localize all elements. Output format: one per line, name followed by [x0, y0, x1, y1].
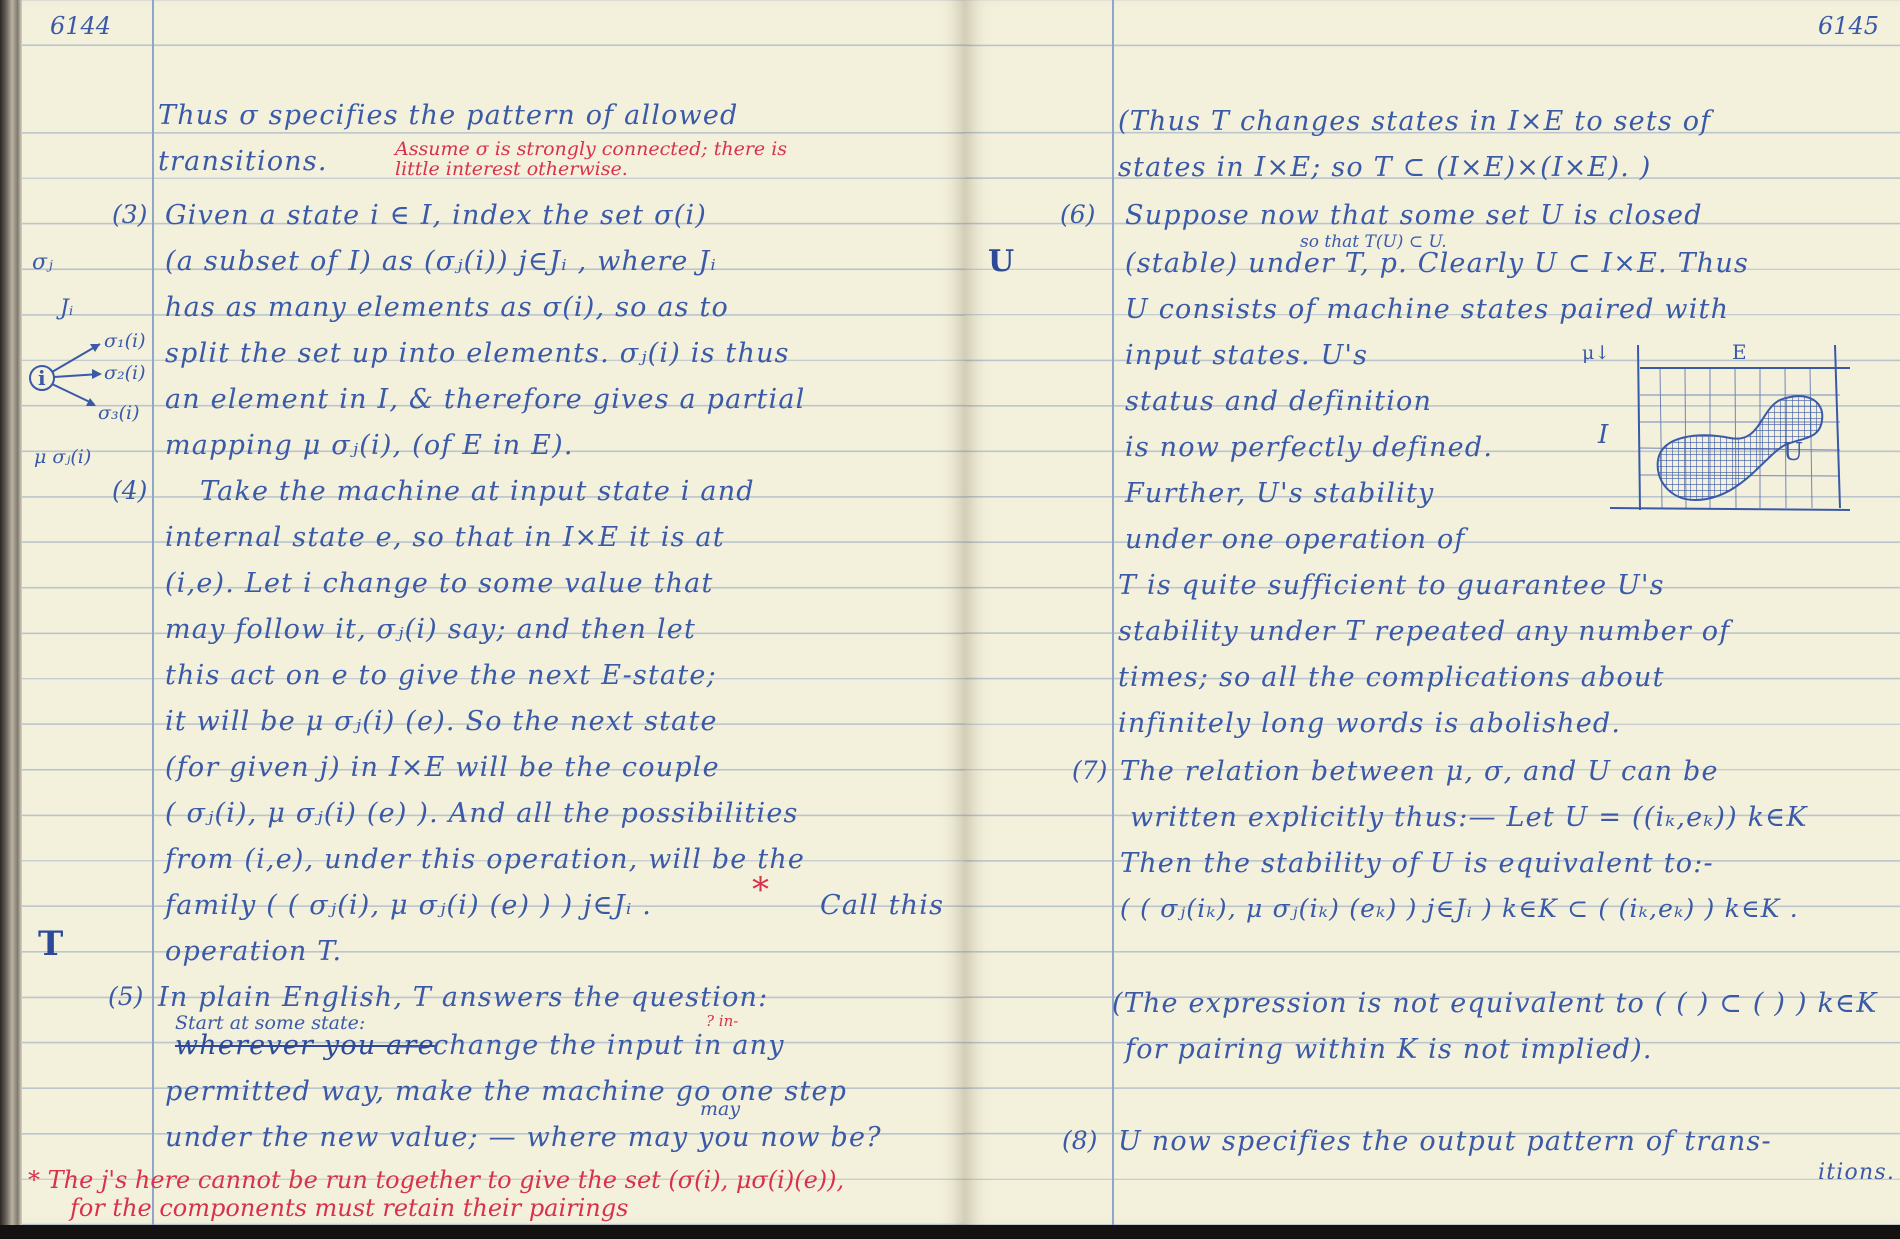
- text-line: stability under T repeated any number of: [1118, 616, 1730, 647]
- text-line: Given a state i ∈ I, index the set σ(i): [165, 200, 707, 231]
- page-number-left: 6144: [50, 12, 111, 40]
- branch-center-label: i: [38, 366, 46, 390]
- text-line: infinitely long words is abolished.: [1118, 708, 1621, 739]
- red-footnote: * The j's here cannot be run together to…: [28, 1166, 844, 1194]
- text-line: itions.: [1818, 1160, 1895, 1185]
- text-line: mapping μ σⱼ(i), (of E in E).: [165, 430, 574, 461]
- text-line: may follow it, σⱼ(i) say; and then let: [165, 614, 696, 645]
- text-line: (stable) under T, p. Clearly U ⊂ I×E. Th…: [1125, 248, 1749, 279]
- inserted-text: may: [700, 1098, 740, 1120]
- red-asterisk: *: [752, 870, 769, 910]
- text-line: (The expression is not equivalent to ( (…: [1112, 988, 1878, 1019]
- diagram-label-mu: μ↓: [1582, 342, 1610, 364]
- text-line: written explicitly thus:— Let U = ((iₖ,e…: [1130, 802, 1808, 833]
- text-line: from (i,e), under this operation, will b…: [165, 844, 805, 875]
- red-annotation: little interest otherwise.: [395, 158, 628, 180]
- diagram-label-U: U: [1783, 438, 1803, 466]
- item-number: (3): [112, 200, 147, 229]
- text-line: (i,e). Let i change to some value that: [165, 568, 714, 599]
- text-line: operation T.: [165, 936, 342, 967]
- text-line: for pairing within K is not implied).: [1125, 1034, 1653, 1065]
- text-line: an element in I, & therefore gives a par…: [165, 384, 806, 415]
- item-number: (5): [108, 982, 143, 1011]
- text-line: In plain English, T answers the question…: [158, 982, 768, 1013]
- text-line: ( ( σⱼ(iₖ), μ σⱼ(iₖ) (eₖ) ) j∈Jᵢ ) k∈K ⊂…: [1120, 894, 1799, 923]
- text-line: internal state e, so that in I×E it is a…: [165, 522, 725, 553]
- text-line: ( σⱼ(i), μ σⱼ(i) (e) ). And all the poss…: [165, 798, 799, 829]
- page-number-right: 6145: [1818, 12, 1879, 40]
- text-line: (Thus T changes states in I×E to sets of: [1118, 106, 1711, 137]
- text-line: — change the input in any: [395, 1030, 785, 1061]
- margin-symbol-T: T: [38, 924, 63, 964]
- bottom-edge: [0, 1225, 1900, 1239]
- notebook-spine: [0, 0, 22, 1225]
- text-line: permitted way, make the machine go one s…: [165, 1076, 847, 1107]
- text-line: has as many elements as σ(i), so as to: [165, 292, 729, 323]
- text-line: Then the stability of U is equivalent to…: [1120, 848, 1714, 879]
- text-line: under one operation of: [1125, 524, 1466, 555]
- text-line: split the set up into elements. σⱼ(i) is…: [165, 338, 790, 369]
- left-margin-rule: [152, 0, 154, 1225]
- branch-label: σ₂(i): [104, 362, 146, 384]
- margin-note-sigma-j: σⱼ: [32, 250, 53, 275]
- text-line: T is quite sufficient to guarantee U's: [1118, 570, 1665, 601]
- text-line: The relation between μ, σ, and U can be: [1120, 756, 1719, 787]
- text-line: Call this: [820, 890, 944, 921]
- text-line: under the new value; — where may you now…: [165, 1122, 882, 1153]
- item-number: (7): [1072, 756, 1107, 785]
- text-line: Further, U's stability: [1125, 478, 1434, 509]
- branch-label: σ₁(i): [104, 330, 146, 352]
- text-line: Thus σ specifies the pattern of allowed: [158, 100, 739, 131]
- diagram-label-I: I: [1598, 420, 1608, 450]
- text-line: this act on e to give the next E-state;: [165, 660, 717, 691]
- text-line: input states. U's: [1125, 340, 1368, 371]
- text-line: family ( ( σⱼ(i), μ σⱼ(i) (e) ) ) j∈Jᵢ .: [165, 890, 652, 921]
- text-line: is now perfectly defined.: [1125, 432, 1493, 463]
- item-number: (4): [112, 476, 147, 505]
- right-margin-rule: [1112, 0, 1114, 1225]
- text-line: Suppose now that some set U is closed: [1125, 200, 1703, 231]
- item-number: (8): [1062, 1126, 1097, 1155]
- item-number: (6): [1060, 200, 1095, 229]
- red-insert-mark: ? in-: [706, 1012, 738, 1030]
- red-footnote: for the components must retain their pai…: [70, 1194, 628, 1222]
- text-line: it will be μ σⱼ(i) (e). So the next stat…: [165, 706, 718, 737]
- text-line: times; so all the complications about: [1118, 662, 1665, 693]
- branch-label: σ₃(i): [98, 402, 140, 424]
- margin-note-mu-sigma: μ σⱼ(i): [34, 446, 91, 468]
- text-line: U now specifies the output pattern of tr…: [1118, 1126, 1772, 1157]
- text-line: Take the machine at input state i and: [200, 476, 755, 507]
- text-line: transitions.: [158, 146, 328, 177]
- text-line: U consists of machine states paired with: [1125, 294, 1729, 325]
- margin-symbol-U: U: [988, 244, 1014, 279]
- text-line: (for given j) in I×E will be the couple: [165, 752, 720, 783]
- text-line: states in I×E; so T ⊂ (I×E)×(I×E). ): [1118, 152, 1652, 183]
- text-line: status and definition: [1125, 386, 1432, 417]
- diagram-label-E: E: [1732, 340, 1747, 364]
- margin-note-J-i: Jᵢ: [60, 296, 73, 321]
- red-annotation: Assume σ is strongly connected; there is: [395, 138, 787, 160]
- state-space-diagram: [1600, 340, 1860, 515]
- text-line: (a subset of I) as (σⱼ(i)) j∈Jᵢ , where …: [165, 246, 717, 277]
